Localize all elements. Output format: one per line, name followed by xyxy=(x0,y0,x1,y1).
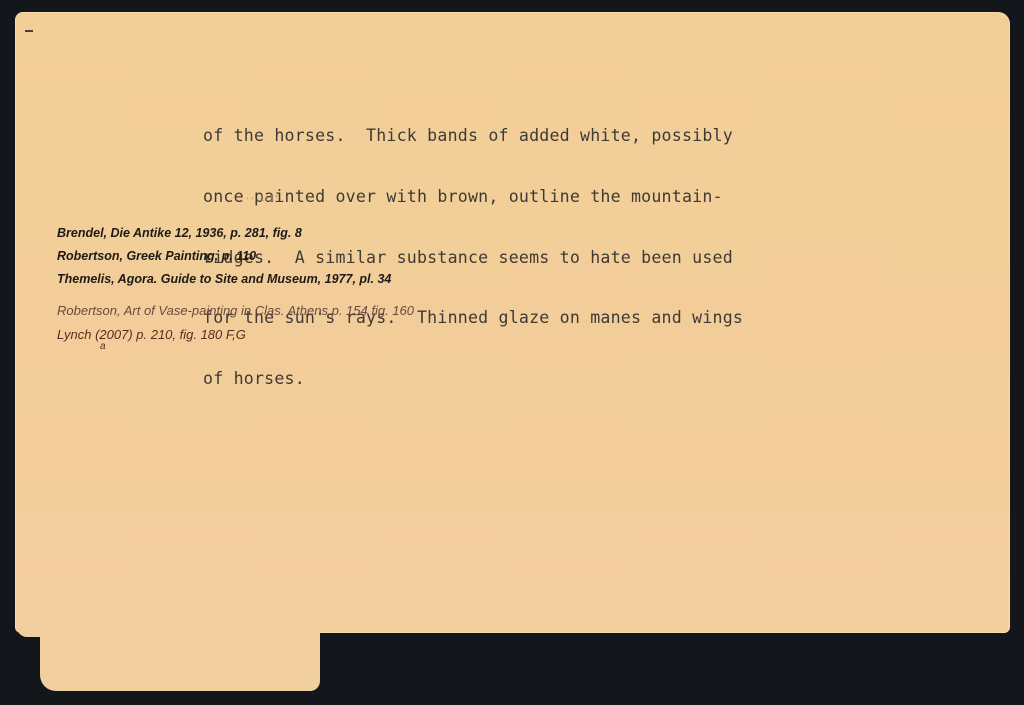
reference-robertson-greek-painting: Robertson, Greek Painting, p. 110 xyxy=(57,249,256,263)
reference-robertson-vase-painting: Robertson, Art of Vase-painting in Clas.… xyxy=(57,303,414,318)
typed-description: of the horses. Thick bands of added whit… xyxy=(203,86,743,409)
reference-lynch: Lynch (2007) p. 210, fig. 180 F,G xyxy=(57,327,246,342)
corner-mark xyxy=(25,30,33,32)
faint-pencil-mark: ·· 1(1’ xyxy=(245,194,279,203)
typed-line: once painted over with brown, outline th… xyxy=(203,187,743,207)
card-tab xyxy=(40,625,320,691)
typed-line: ridges. A similar substance seems to hat… xyxy=(203,248,743,268)
typed-line: of the horses. Thick bands of added whit… xyxy=(203,126,743,146)
typed-line: of horses. xyxy=(203,369,743,389)
reference-lynch-subscript: a xyxy=(100,341,106,352)
reference-themelis: Themelis, Agora. Guide to Site and Museu… xyxy=(57,272,391,286)
reference-brendel: Brendel, Die Antike 12, 1936, p. 281, fi… xyxy=(57,226,302,240)
